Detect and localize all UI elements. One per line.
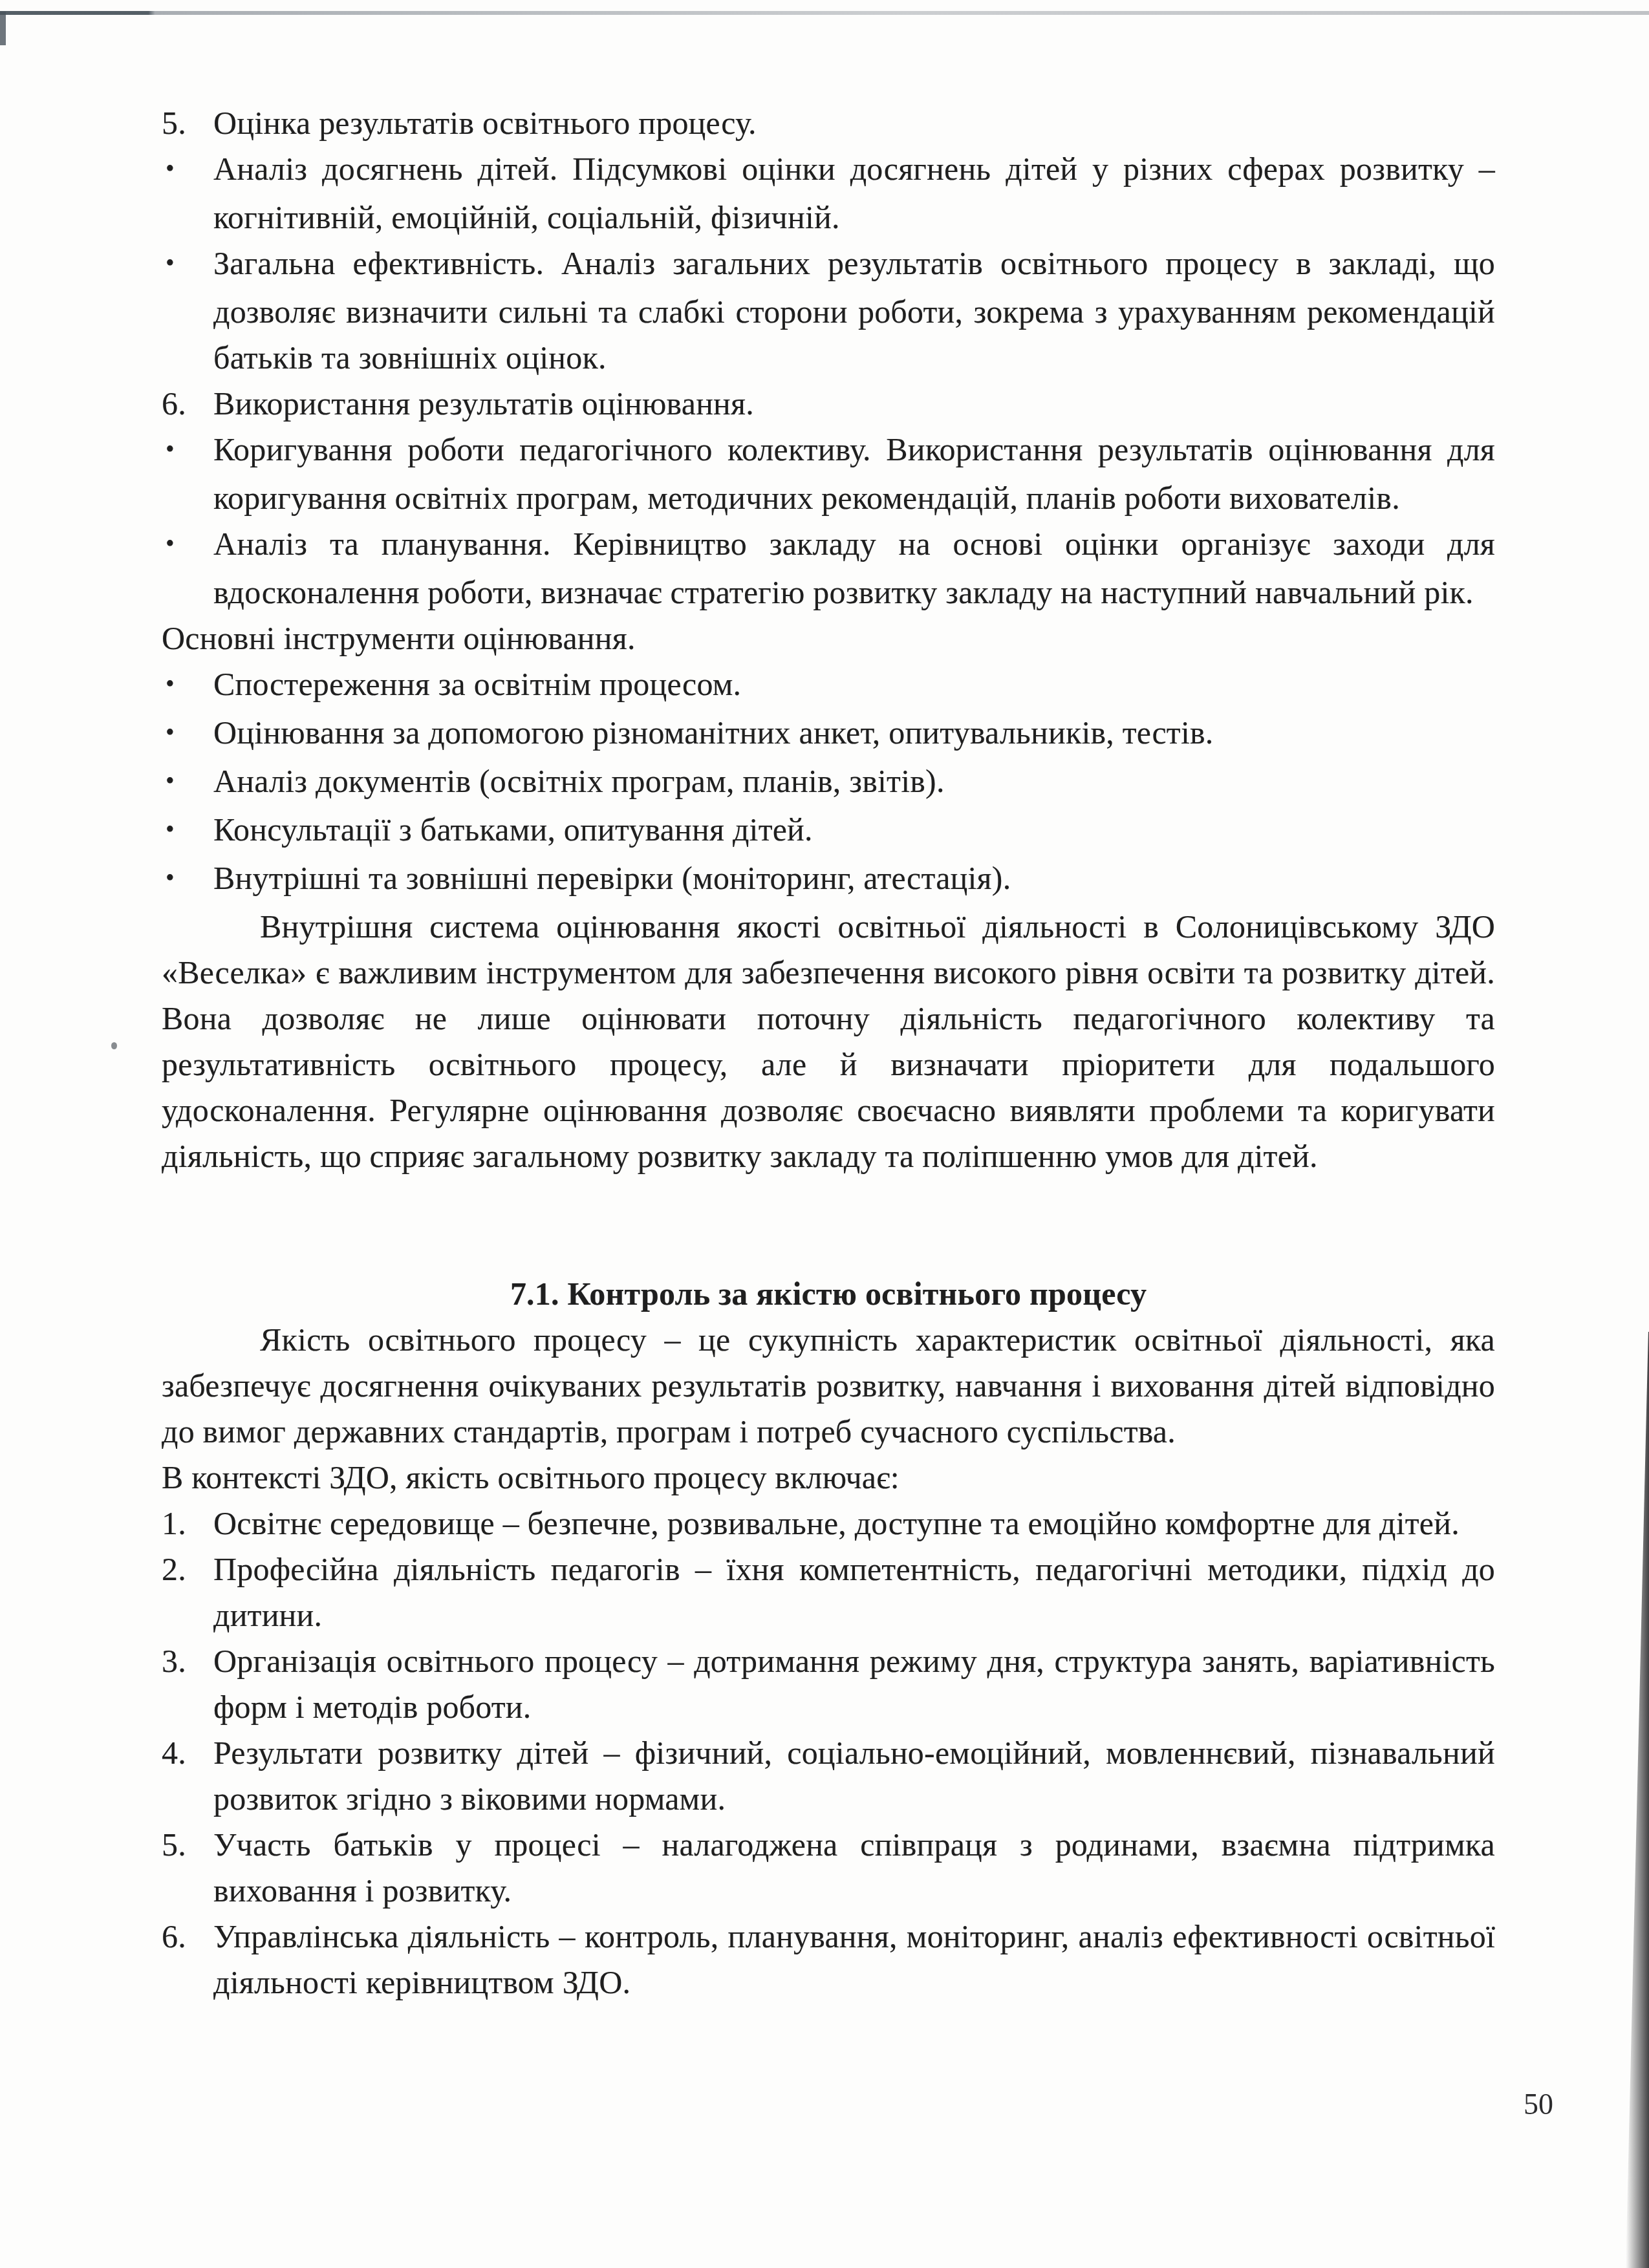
list-number: 3.: [162, 1638, 213, 1684]
scan-artifact-left-tick: [0, 12, 6, 45]
bullet-list-item: •Аналіз документів (освітніх програм, пл…: [162, 758, 1495, 807]
list-number: 6.: [162, 381, 213, 427]
bullet-list-item: •Консультації з батьками, опитування діт…: [162, 807, 1495, 855]
body-paragraph: Якість освітнього процесу – це сукупніст…: [162, 1317, 1495, 1455]
list-item-text: Аналіз досягнень дітей. Підсумкові оцінк…: [213, 151, 1495, 235]
bullet-icon: •: [162, 710, 213, 756]
list-item-text: Участь батьків у процесі – налагоджена с…: [213, 1826, 1495, 1909]
bullet-list-item: •Внутрішні та зовнішні перевірки (моніто…: [162, 855, 1495, 904]
numbered-list-item: 2.Професійна діяльність педагогів – їхня…: [162, 1546, 1495, 1638]
list-item-text: Коригування роботи педагогічного колекти…: [213, 431, 1495, 516]
list-number: 6.: [162, 1914, 213, 1960]
list-item-text: Оцінка результатів освітнього процесу.: [213, 105, 757, 141]
list-item-text: Організація освітнього процесу – дотрима…: [213, 1643, 1495, 1725]
bullet-icon: •: [162, 661, 213, 707]
list-item-text: Професійна діяльність педагогів – їхня к…: [213, 1551, 1495, 1633]
list-number: 5.: [162, 100, 213, 146]
bullet-list-item: •Аналіз та планування. Керівництво закла…: [162, 521, 1495, 615]
flush-paragraph: Основні інструменти оцінювання.: [162, 615, 1495, 661]
numbered-list-item: 1.Освітнє середовище – безпечне, розвива…: [162, 1501, 1495, 1546]
bullet-icon: •: [162, 521, 213, 567]
bullet-icon: •: [162, 241, 213, 286]
bullet-list-item: •Спостереження за освітнім процесом.: [162, 661, 1495, 710]
numbered-list-item: 3.Організація освітнього процесу – дотри…: [162, 1638, 1495, 1730]
bullet-list-item: •Загальна ефективність. Аналіз загальних…: [162, 241, 1495, 381]
document-content: 5.Оцінка результатів освітнього процесу.…: [162, 100, 1495, 2006]
scanned-document-page: 5.Оцінка результатів освітнього процесу.…: [0, 0, 1649, 2268]
bullet-icon: •: [162, 855, 213, 901]
list-item-text: Використання результатів оцінювання.: [213, 385, 754, 422]
list-number: 1.: [162, 1501, 213, 1546]
list-number: 2.: [162, 1546, 213, 1592]
bullet-list-item: •Коригування роботи педагогічного колект…: [162, 427, 1495, 521]
scan-artifact-right-shadow: [1626, 1332, 1649, 2268]
list-item-text: Загальна ефективність. Аналіз загальних …: [213, 245, 1495, 376]
body-paragraph: Внутрішня система оцінювання якості осві…: [162, 904, 1495, 1179]
bullet-list-item: •Оцінювання за допомогою різноманітних а…: [162, 710, 1495, 758]
flush-paragraph: В контексті ЗДО, якість освітнього проце…: [162, 1455, 1495, 1501]
bullet-icon: •: [162, 807, 213, 853]
page-number: 50: [1524, 2087, 1553, 2121]
bullet-icon: •: [162, 427, 213, 473]
scan-artifact-top-line: [0, 11, 1649, 15]
numbered-list-item: 6.Управлінська діяльність – контроль, пл…: [162, 1914, 1495, 2006]
list-item-text: Аналіз та планування. Керівництво заклад…: [213, 526, 1495, 610]
list-item-text: Результати розвитку дітей – фізичний, со…: [213, 1735, 1495, 1817]
list-number: 5.: [162, 1822, 213, 1868]
scan-artifact-dot: [111, 1042, 117, 1049]
list-item-text: Аналіз документів (освітніх програм, пла…: [213, 763, 945, 799]
bullet-icon: •: [162, 146, 213, 192]
list-item-text: Спостереження за освітнім процесом.: [213, 666, 741, 702]
numbered-list-item: 4.Результати розвитку дітей – фізичний, …: [162, 1730, 1495, 1822]
bullet-list-item: •Аналіз досягнень дітей. Підсумкові оцін…: [162, 146, 1495, 241]
numbered-list-item: 6.Використання результатів оцінювання.: [162, 381, 1495, 427]
numbered-list-item: 5.Оцінка результатів освітнього процесу.: [162, 100, 1495, 146]
section-heading: 7.1. Контроль за якістю освітнього проце…: [162, 1271, 1495, 1317]
list-item-text: Внутрішні та зовнішні перевірки (монітор…: [213, 860, 1011, 896]
bullet-icon: •: [162, 758, 213, 804]
list-item-text: Оцінювання за допомогою різноманітних ан…: [213, 714, 1214, 751]
numbered-list-item: 5.Участь батьків у процесі – налагоджена…: [162, 1822, 1495, 1914]
list-number: 4.: [162, 1730, 213, 1776]
list-item-text: Управлінська діяльність – контроль, план…: [213, 1918, 1495, 2000]
list-item-text: Консультації з батьками, опитування діте…: [213, 811, 813, 848]
list-item-text: Освітнє середовище – безпечне, розвиваль…: [213, 1505, 1460, 1541]
